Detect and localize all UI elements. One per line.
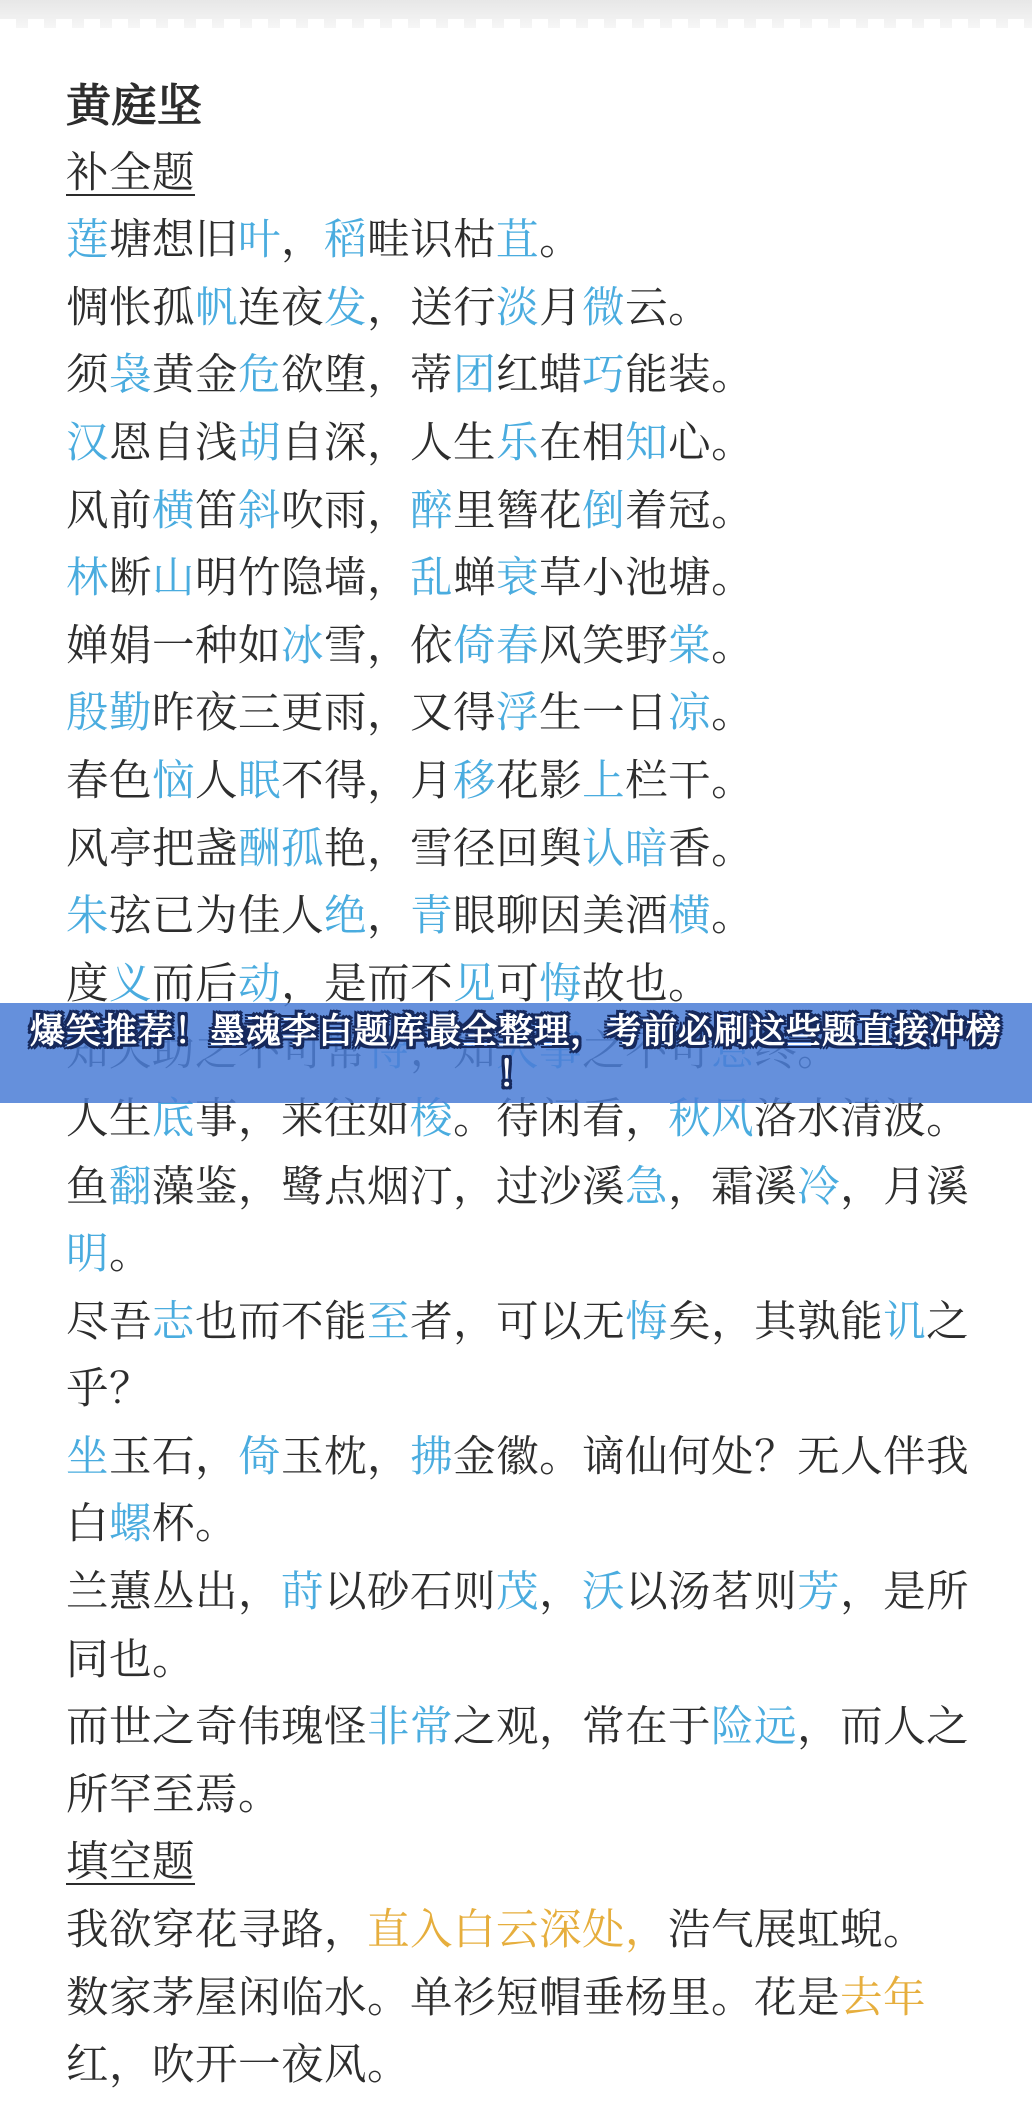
- text-segment: 填空题: [66, 1839, 195, 1886]
- text-segment: 者，可以无: [410, 1299, 625, 1346]
- answer-highlight-blue: 巧: [582, 352, 625, 399]
- answer-highlight-blue: 翻: [109, 1164, 152, 1211]
- answer-highlight-blue: 移: [453, 758, 496, 805]
- text-segment: 乎？: [66, 1366, 152, 1413]
- answer-highlight-blue: 沃: [582, 1569, 625, 1616]
- answer-highlight-blue: 倚春: [453, 623, 539, 670]
- text-segment: 。: [539, 217, 582, 264]
- answer-highlight-blue: 上: [582, 758, 625, 805]
- answer-highlight-blue: 危: [238, 352, 281, 399]
- text-segment: 笛: [195, 488, 238, 535]
- answer-highlight-blue: 袅: [109, 352, 152, 399]
- text-segment: 玉枕，: [281, 1434, 410, 1481]
- text-segment: 花影: [496, 758, 582, 805]
- text-segment: 以砂石则: [324, 1569, 496, 1616]
- answer-highlight-blue: 眠: [238, 758, 281, 805]
- text-segment: 。: [109, 1231, 152, 1278]
- answer-highlight-blue: 山: [152, 555, 195, 602]
- text-segment: 尽吾: [66, 1299, 152, 1346]
- poem-line: 婵娟一种如冰雪，依倚春风笑野棠。: [66, 613, 992, 681]
- text-segment: 之: [926, 1299, 969, 1346]
- text-segment: 鱼: [66, 1164, 109, 1211]
- text-segment: 着冠。: [625, 488, 754, 535]
- poem-line: 风亭把盏酬孤艳，雪径回舆认暗香。: [66, 816, 992, 884]
- answer-highlight-blue: 帆: [195, 285, 238, 332]
- text-segment: 藻鉴，鹭点烟汀，过沙溪: [152, 1164, 625, 1211]
- text-segment: 畦识枯: [367, 217, 496, 264]
- torn-edge-decoration: [0, 19, 1032, 28]
- promo-banner-line1: 爆笑推荐！墨魂李白题库最全整理，考前必刷这些题直接冲榜: [30, 1012, 1002, 1051]
- text-segment: 雪，依: [324, 623, 453, 670]
- text-segment: 连夜: [238, 285, 324, 332]
- answer-highlight-blue: 淡: [496, 285, 539, 332]
- text-segment: ，月溪: [840, 1164, 969, 1211]
- text-segment: 数家茅屋闲临水。单衫短帽垂杨里。花是: [66, 1975, 840, 2022]
- poem-line: 须袅黄金危欲堕，蒂团红蜡巧能装。: [66, 342, 992, 410]
- answer-highlight-blue: 横: [668, 893, 711, 940]
- answer-highlight-blue: 义: [109, 961, 152, 1008]
- poem-line: 乎？: [66, 1356, 992, 1424]
- promo-banner-line2: ！: [498, 1055, 534, 1094]
- answer-highlight-blue: 非常: [367, 1704, 453, 1751]
- promo-banner-text: 爆笑推荐！墨魂李白题库最全整理，考前必刷这些题直接冲榜 ！: [30, 1010, 1002, 1096]
- poem-line: 殷勤昨夜三更雨，又得浮生一日凉。: [66, 680, 992, 748]
- answer-highlight-blue: 胡: [238, 420, 281, 467]
- text-segment: 矣，其孰能: [668, 1299, 883, 1346]
- poem-line: 同也。: [66, 1627, 992, 1695]
- answer-highlight-blue: 汉: [66, 420, 109, 467]
- text-segment: 风前: [66, 488, 152, 535]
- answer-highlight-blue: 凉: [668, 690, 711, 737]
- poem-line: 白螺杯。: [66, 1491, 992, 1559]
- answer-highlight-blue: 知: [625, 420, 668, 467]
- text-segment: ，送行: [367, 285, 496, 332]
- answer-highlight-blue: 稻: [324, 217, 367, 264]
- text-segment: 所罕至焉。: [66, 1772, 281, 1819]
- answer-highlight-blue: 乱: [410, 555, 453, 602]
- text-segment: 我欲穿花寻路，: [66, 1907, 367, 1954]
- answer-highlight-blue: 倒: [582, 488, 625, 535]
- answer-highlight-blue: 坐: [66, 1434, 109, 1481]
- text-segment: ，: [281, 217, 324, 264]
- text-segment: 可: [496, 961, 539, 1008]
- text-segment: 玉石，: [109, 1434, 238, 1481]
- promo-banner-overlay[interactable]: 爆笑推荐！墨魂李白题库最全整理，考前必刷这些题直接冲榜 ！: [0, 1003, 1032, 1103]
- answer-highlight-blue: 急: [625, 1164, 668, 1211]
- poem-line: 数家茅屋闲临水。单衫短帽垂杨里。花是去年: [66, 1965, 992, 2033]
- poem-line: 汉恩自浅胡自深，人生乐在相知心。: [66, 410, 992, 478]
- text-segment: 也而不能: [195, 1299, 367, 1346]
- text-segment: ，而人之: [797, 1704, 969, 1751]
- answer-highlight-blue: 讥: [883, 1299, 926, 1346]
- poem-line: 鱼翻藻鉴，鹭点烟汀，过沙溪急，霜溪冷，月溪: [66, 1154, 992, 1222]
- text-segment: 风亭把盏: [66, 826, 238, 873]
- text-segment: 眼聊因美酒: [453, 893, 668, 940]
- answer-highlight-blue: 动: [238, 961, 281, 1008]
- answer-highlight-blue: 悔: [625, 1299, 668, 1346]
- answer-highlight-blue: 莳: [281, 1569, 324, 1616]
- poem-line: 风前横笛斜吹雨，醉里簪花倒着冠。: [66, 478, 992, 546]
- text-segment: 春色: [66, 758, 152, 805]
- text-segment: 。: [711, 690, 754, 737]
- answer-highlight-blue: 朱: [66, 893, 109, 940]
- text-segment: 自深，人生: [281, 420, 496, 467]
- text-segment: 里簪花: [453, 488, 582, 535]
- text-segment: ，是所: [840, 1569, 969, 1616]
- text-segment: 蝉: [453, 555, 496, 602]
- text-segment: 须: [66, 352, 109, 399]
- poem-line: 兰蕙丛出，莳以砂石则茂，沃以汤茗则芳，是所: [66, 1559, 992, 1627]
- text-segment: 风笑野: [539, 623, 668, 670]
- page-top-gap: [0, 0, 1032, 28]
- poem-line: 莲塘想旧叶，稻畦识枯苴。: [66, 207, 992, 275]
- text-segment: ，: [367, 893, 410, 940]
- text-segment: 恩自浅: [109, 420, 238, 467]
- text-segment: 补全题: [66, 150, 195, 197]
- answer-highlight-blue: 悔: [539, 961, 582, 1008]
- text-segment: 黄庭坚: [66, 80, 203, 131]
- poem-line: 林断山明竹隐墙，乱蝉衰草小池塘。: [66, 545, 992, 613]
- text-segment: 断: [109, 555, 152, 602]
- text-segment: 能装。: [625, 352, 754, 399]
- answer-highlight-blue: 苴: [496, 217, 539, 264]
- answer-highlight-blue: 明: [66, 1231, 109, 1278]
- answer-highlight-blue: 茂: [496, 1569, 539, 1616]
- answer-highlight-blue: 绝: [324, 893, 367, 940]
- answer-highlight-orange: 去年: [840, 1975, 926, 2022]
- answer-highlight-blue: 乐: [496, 420, 539, 467]
- answer-highlight-blue: 恼: [152, 758, 195, 805]
- text-segment: 人: [195, 758, 238, 805]
- text-segment: 杯。: [152, 1501, 238, 1548]
- text-segment: 白: [66, 1501, 109, 1548]
- poem-line: 春色恼人眠不得，月移花影上栏干。: [66, 748, 992, 816]
- answer-highlight-blue: 浮: [496, 690, 539, 737]
- poem-line: 尽吾志也而不能至者，可以无悔矣，其孰能讥之: [66, 1289, 992, 1357]
- poem-line: 而世之奇伟瑰怪非常之观，常在于险远，而人之: [66, 1694, 992, 1762]
- section-heading-completion: 补全题: [66, 140, 992, 208]
- text-segment: 故也。: [582, 961, 711, 1008]
- answer-highlight-blue: 酬孤: [238, 826, 324, 873]
- answer-highlight-blue: 螺: [109, 1501, 152, 1548]
- text-segment: 惆怅孤: [66, 285, 195, 332]
- text-segment: 黄金: [152, 352, 238, 399]
- answer-highlight-blue: 险远: [711, 1704, 797, 1751]
- text-segment: 生一日: [539, 690, 668, 737]
- text-segment: 心。: [668, 420, 754, 467]
- answer-highlight-blue: 青: [410, 893, 453, 940]
- text-segment: 月: [539, 285, 582, 332]
- text-segment: 之观，常在于: [453, 1704, 711, 1751]
- answer-highlight-blue: 见: [453, 961, 496, 1008]
- answer-highlight-blue: 斜: [238, 488, 281, 535]
- poem-line: 红，吹开一夜风。: [66, 2032, 992, 2100]
- answer-highlight-blue: 志: [152, 1299, 195, 1346]
- text-segment: 弦已为佳人: [109, 893, 324, 940]
- answer-highlight-blue: 林: [66, 555, 109, 602]
- text-segment: 而世之奇伟瑰怪: [66, 1704, 367, 1751]
- answer-highlight-blue: 衰: [496, 555, 539, 602]
- answer-highlight-blue: 至: [367, 1299, 410, 1346]
- text-segment: 。: [711, 893, 754, 940]
- answer-highlight-blue: 认暗: [582, 826, 668, 873]
- text-segment: 云。: [625, 285, 711, 332]
- text-segment: 度: [66, 961, 109, 1008]
- answer-highlight-blue: 横: [152, 488, 195, 535]
- text-segment: 草小池塘。: [539, 555, 754, 602]
- text-segment: 昨夜三更雨，又得: [152, 690, 496, 737]
- answer-highlight-blue: 微: [582, 285, 625, 332]
- text-segment: 塘想旧: [109, 217, 238, 264]
- text-segment: ，是而不: [281, 961, 453, 1008]
- answer-highlight-blue: 冰: [281, 623, 324, 670]
- poem-line: 朱弦已为佳人绝，青眼聊因美酒横。: [66, 883, 992, 951]
- text-segment: 香。: [668, 826, 754, 873]
- poem-line: 我欲穿花寻路，直入白云深处，浩气展虹蜺。: [66, 1897, 992, 1965]
- text-segment: 欲堕，蒂: [281, 352, 453, 399]
- text-segment: 婵娟一种如: [66, 623, 281, 670]
- answer-highlight-blue: 冷: [797, 1164, 840, 1211]
- answer-highlight-blue: 醉: [410, 488, 453, 535]
- poem-line: 所罕至焉。: [66, 1762, 992, 1830]
- text-segment: 艳，雪径回舆: [324, 826, 582, 873]
- text-segment: 浩气展虹蜺。: [668, 1907, 926, 1954]
- answer-highlight-blue: 殷勤: [66, 690, 152, 737]
- text-segment: 在相: [539, 420, 625, 467]
- text-segment: 明竹隐墙，: [195, 555, 410, 602]
- answer-highlight-blue: 芳: [797, 1569, 840, 1616]
- text-segment: 金徽。谪仙何处？无人伴我: [453, 1434, 969, 1481]
- text-segment: 红蜡: [496, 352, 582, 399]
- answer-highlight-blue: 拂: [410, 1434, 453, 1481]
- answer-highlight-blue: 发: [324, 285, 367, 332]
- text-segment: 。: [711, 623, 754, 670]
- poem-line: 坐玉石，倚玉枕，拂金徽。谪仙何处？无人伴我: [66, 1424, 992, 1492]
- answer-highlight-blue: 棠: [668, 623, 711, 670]
- poem-line: 明。: [66, 1221, 992, 1289]
- text-segment: 红，吹开一夜风。: [66, 2042, 410, 2089]
- answer-highlight-blue: 叶: [238, 217, 281, 264]
- text-segment: 以汤茗则: [625, 1569, 797, 1616]
- page-title: 黄庭坚: [66, 72, 992, 140]
- text-segment: ，: [539, 1569, 582, 1616]
- text-segment: 吹雨，: [281, 488, 410, 535]
- text-segment: 而后: [152, 961, 238, 1008]
- answer-highlight-blue: 倚: [238, 1434, 281, 1481]
- text-segment: 栏干。: [625, 758, 754, 805]
- text-segment: ，霜溪: [668, 1164, 797, 1211]
- text-segment: 不得，月: [281, 758, 453, 805]
- answer-highlight-orange: 直入白云深处，: [367, 1907, 668, 1954]
- answer-highlight-blue: 团: [453, 352, 496, 399]
- text-segment: 同也。: [66, 1637, 195, 1684]
- section-heading-fill-blank: 填空题: [66, 1829, 992, 1897]
- answer-highlight-blue: 莲: [66, 217, 109, 264]
- poem-line: 惆怅孤帆连夜发，送行淡月微云。: [66, 275, 992, 343]
- text-segment: 兰蕙丛出，: [66, 1569, 281, 1616]
